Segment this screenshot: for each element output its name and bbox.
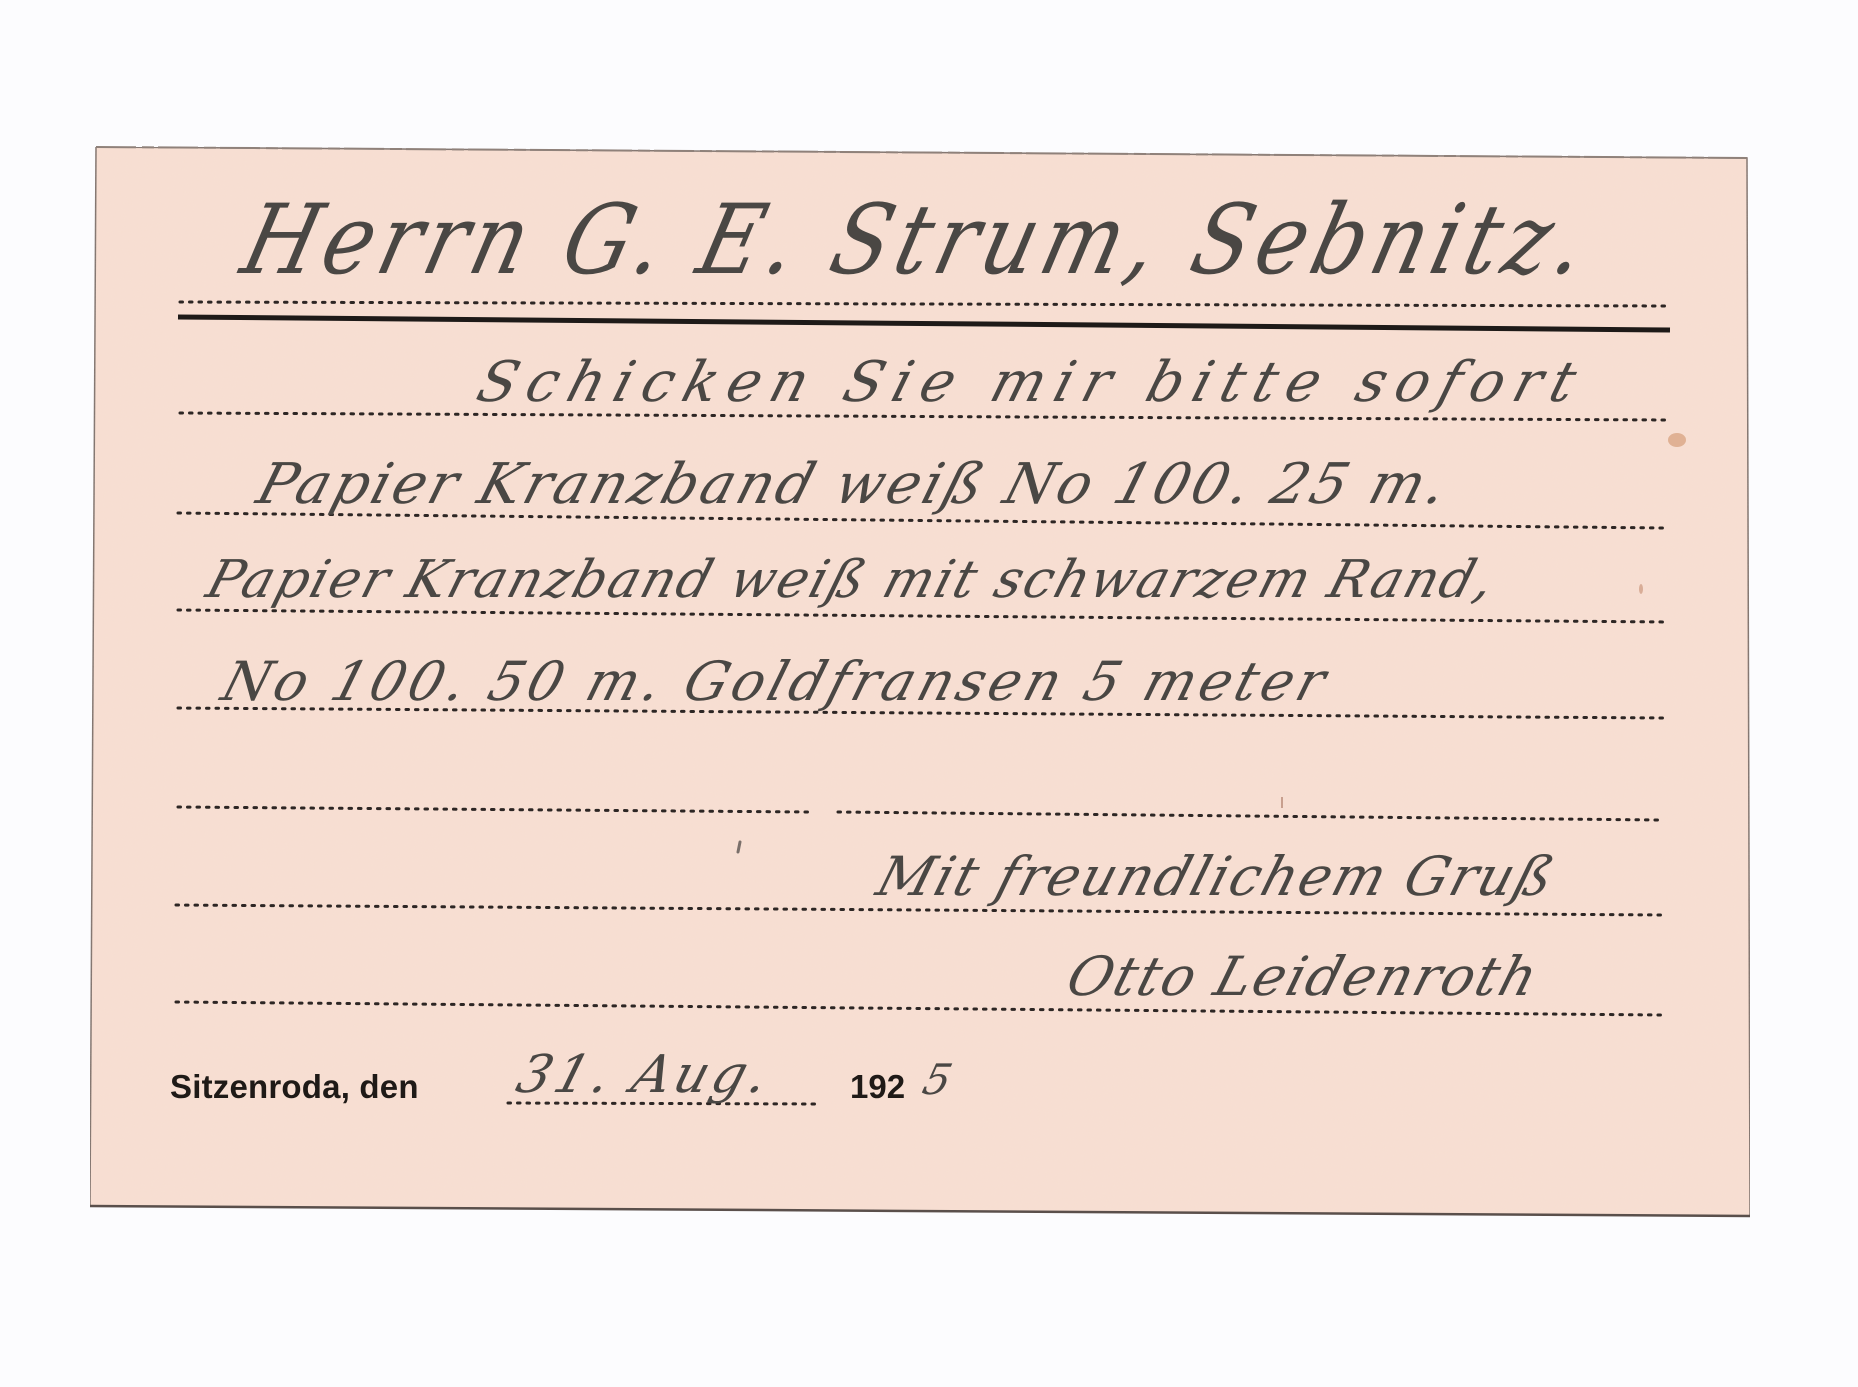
recipient-address: Herrn G. E. Strum, Sebnitz. [232, 183, 1604, 296]
closing-greeting: Mit freundlichem Gruß [870, 845, 1563, 908]
handwritten-date: 31. Aug. [510, 1045, 779, 1105]
message-line-3: Papier Kranzband weiß mit schwarzem Rand… [200, 550, 1503, 610]
message-line-2: Papier Kranzband weiß No 100. 25 m. [250, 452, 1457, 517]
signature: Otto Leidenroth [1060, 945, 1547, 1008]
scan-background: Herrn G. E. Strum, Sebnitz. Schicken Sie… [0, 0, 1858, 1387]
printed-year-prefix: 192 [850, 1068, 905, 1106]
message-line-1: Schicken Sie mir bitte sofort [470, 350, 1593, 415]
place-date-label: Sitzenroda, den [170, 1068, 419, 1106]
message-line-4: No 100. 50 m. Goldfransen 5 meter [215, 650, 1337, 713]
